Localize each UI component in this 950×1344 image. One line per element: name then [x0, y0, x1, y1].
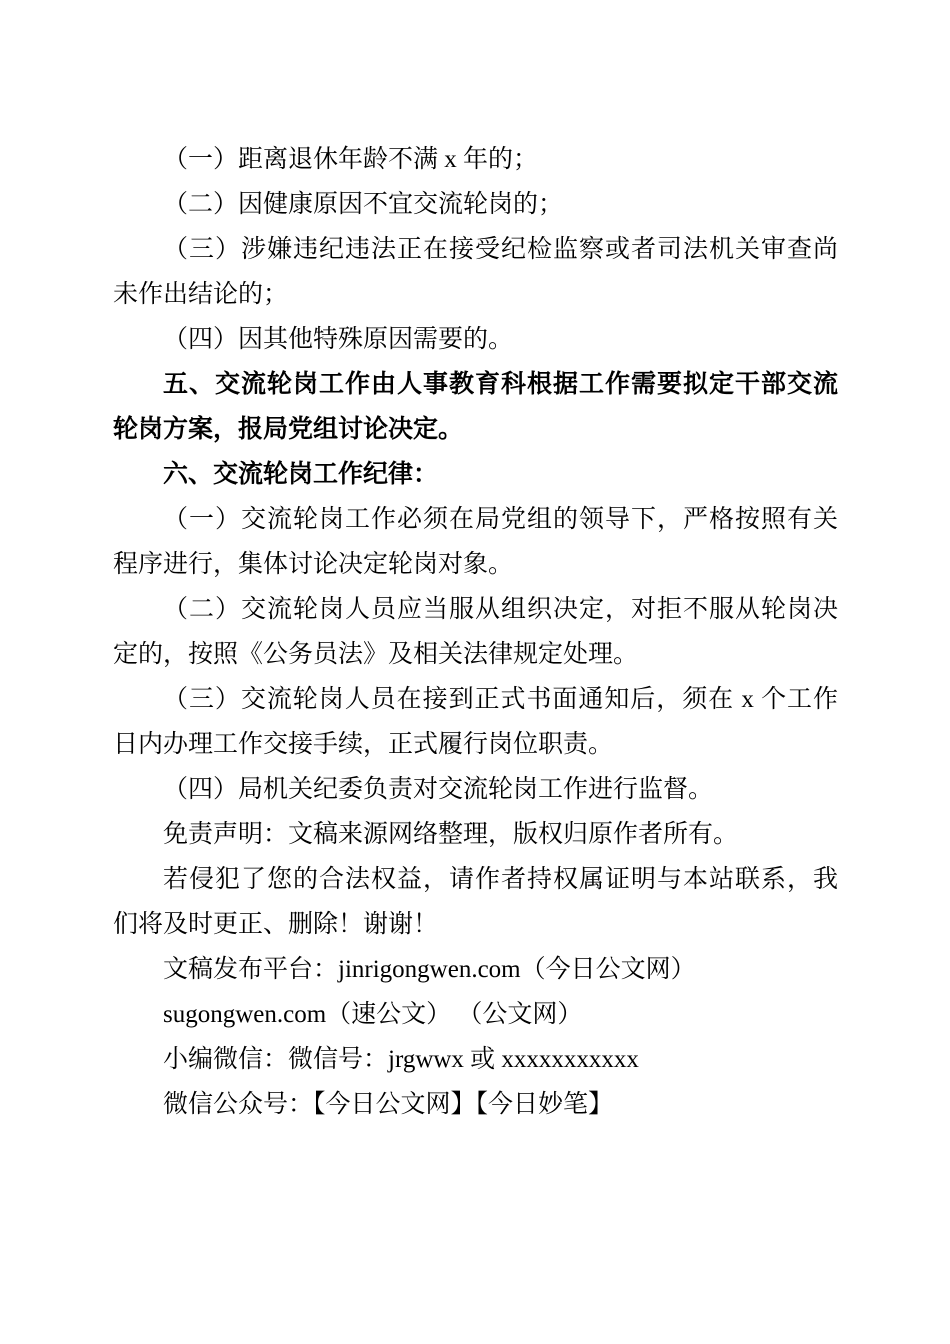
disclaimer-line: 免责声明：文稿来源网络整理，版权归原作者所有。 — [113, 812, 838, 857]
discipline-item-3: （三）交流轮岗人员在接到正式书面通知后，须在 x 个工作 — [113, 677, 838, 722]
discipline-item-2: （二）交流轮岗人员应当服从组织决定，对拒不服从轮岗决 — [113, 587, 838, 632]
clause-item-1: （一）距离退休年龄不满 x 年的； — [113, 137, 838, 182]
rights-notice-line-cont: 们将及时更正、删除！谢谢！ — [113, 902, 838, 947]
section-heading-5: 五、交流轮岗工作由人事教育科根据工作需要拟定干部交流 — [113, 362, 838, 407]
publish-platform-line: 文稿发布平台：jinrigongwen.com（今日公文网） — [113, 947, 838, 992]
section-heading-5-cont: 轮岗方案，报局党组讨论决定。 — [113, 407, 838, 452]
document-body: （一）距离退休年龄不满 x 年的； （二）因健康原因不宜交流轮岗的； （三）涉嫌… — [113, 137, 838, 1127]
clause-item-3-cont: 未作出结论的； — [113, 272, 838, 317]
website-line: sugongwen.com（速公文） （公文网） — [113, 992, 838, 1037]
document-page: （一）距离退休年龄不满 x 年的； （二）因健康原因不宜交流轮岗的； （三）涉嫌… — [0, 0, 950, 1344]
discipline-item-1-cont: 程序进行，集体讨论决定轮岗对象。 — [113, 542, 838, 587]
discipline-item-2-cont: 定的，按照《公务员法》及相关法律规定处理。 — [113, 632, 838, 677]
clause-item-2: （二）因健康原因不宜交流轮岗的； — [113, 182, 838, 227]
wechat-id-line: 小编微信：微信号：jrgwwx 或 xxxxxxxxxxx — [113, 1037, 838, 1082]
wechat-official-line: 微信公众号：【今日公文网】【今日妙笔】 — [113, 1082, 838, 1127]
rights-notice-line: 若侵犯了您的合法权益，请作者持权属证明与本站联系，我 — [113, 857, 838, 902]
discipline-item-3-cont: 日内办理工作交接手续，正式履行岗位职责。 — [113, 722, 838, 767]
section-heading-6: 六、交流轮岗工作纪律： — [113, 452, 838, 497]
discipline-item-1: （一）交流轮岗工作必须在局党组的领导下，严格按照有关 — [113, 497, 838, 542]
discipline-item-4: （四）局机关纪委负责对交流轮岗工作进行监督。 — [113, 767, 838, 812]
clause-item-3: （三）涉嫌违纪违法正在接受纪检监察或者司法机关审查尚 — [113, 227, 838, 272]
clause-item-4: （四）因其他特殊原因需要的。 — [113, 317, 838, 362]
